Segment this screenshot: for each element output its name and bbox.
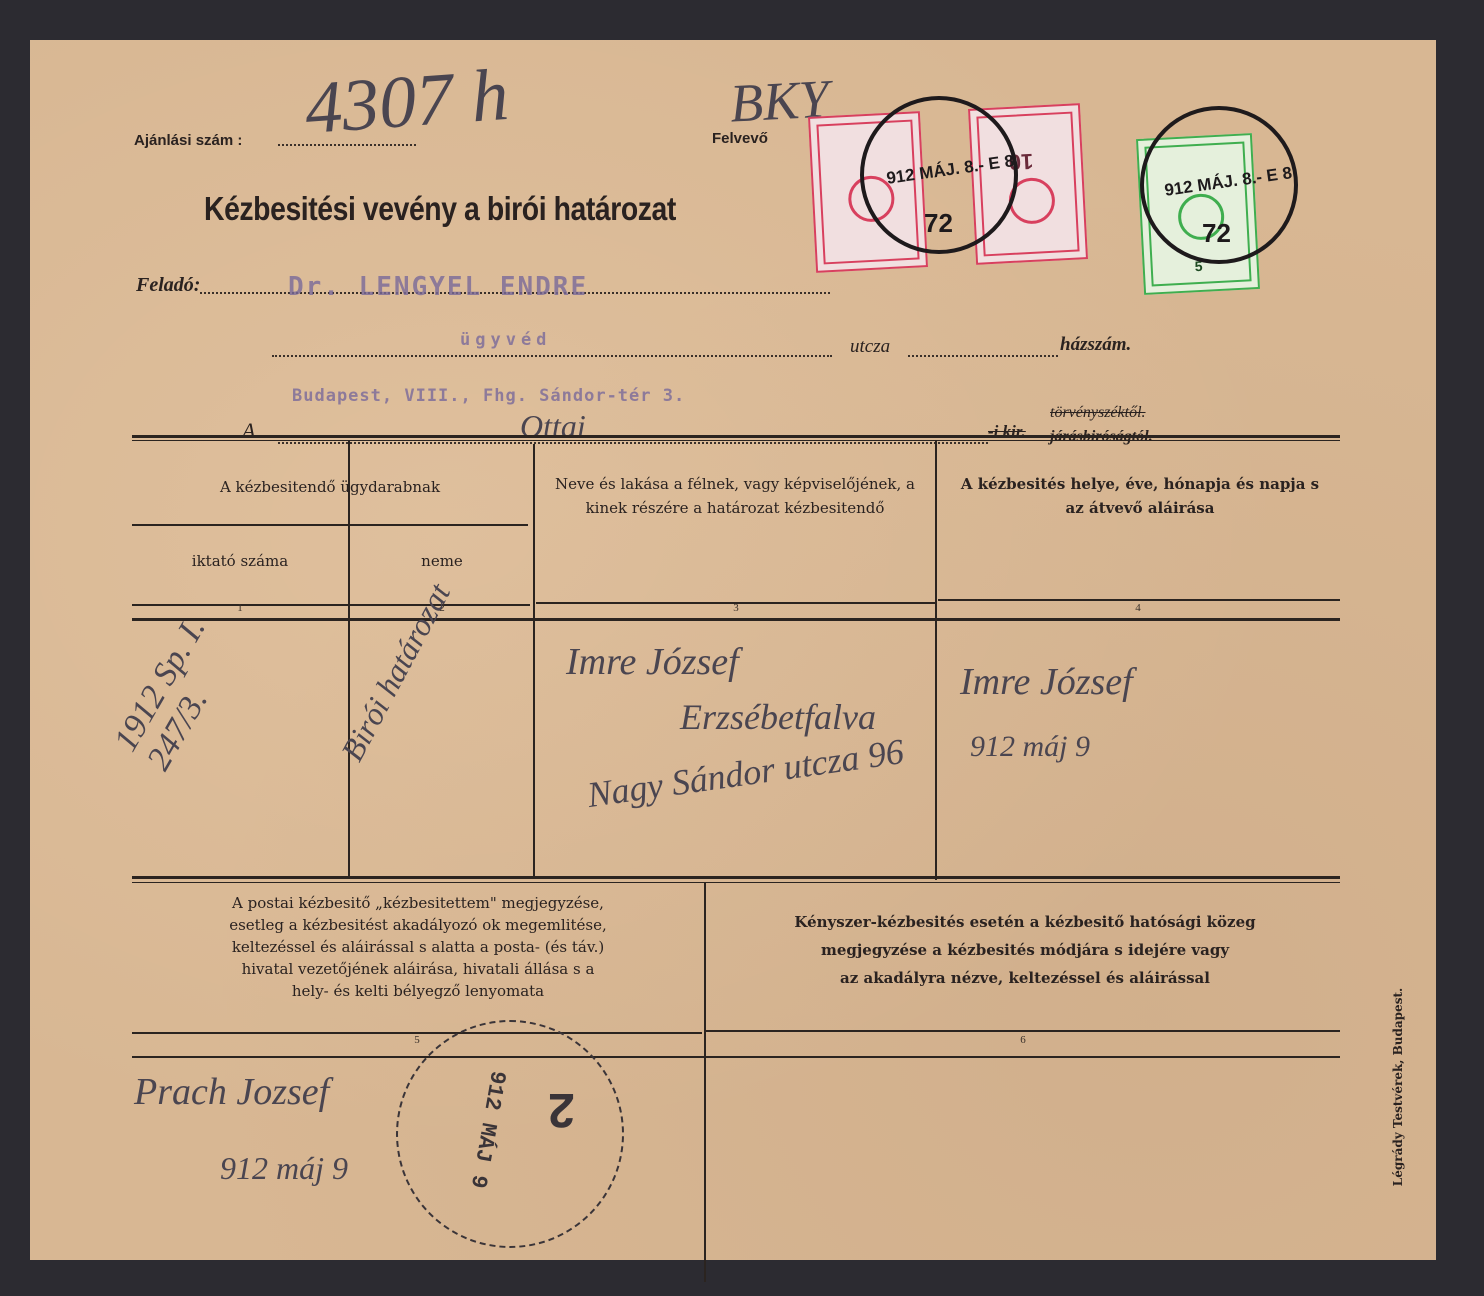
column-divider-1: [348, 440, 350, 878]
handwritten-delivery-date: 912 máj 9: [970, 730, 1090, 764]
forced-delivery-header: Kényszer-kézbesités esetén a kézbesitő h…: [720, 908, 1330, 992]
column-divider-3: [935, 440, 937, 880]
table-top-rule: [132, 435, 1340, 438]
street-label: utcza: [850, 336, 890, 358]
column-divider-2: [533, 444, 535, 876]
group-header: A kézbesitendő ügydarabnak: [132, 478, 528, 496]
postmark-budapest-1: 912 MÁJ. 8.- E 8 72: [860, 96, 1018, 254]
registration-number-label: Ajánlási szám :: [134, 132, 242, 149]
house-number-label: házszám.: [1060, 334, 1131, 356]
street-line: [908, 355, 1058, 357]
court-option-struck: törvényszéktől.: [1050, 404, 1146, 422]
col-header-nev: Neve és lakása a félnek, vagy képviselőj…: [550, 472, 920, 520]
handwritten-recipient-signature: Imre József: [960, 660, 1133, 704]
bottom-section-rule: [132, 1056, 1340, 1058]
col-header-neme: neme: [350, 552, 534, 570]
handwritten-iktato-szam: 1912 Sp. I. 247/3.: [107, 548, 283, 777]
handwritten-registration-number: 4307 h: [302, 53, 511, 152]
sender-title-stamp: ügyvéd: [460, 330, 551, 350]
clerk-label: Felvevő: [712, 130, 768, 147]
postal-note-header: A postai kézbesitő „kézbesitettem" megje…: [138, 892, 698, 1002]
sender-title-line: [272, 355, 832, 357]
handwritten-postman-date: 912 máj 9: [220, 1150, 348, 1187]
court-line: [278, 442, 988, 444]
sender-address-stamp: Budapest, VIII., Fhg. Sándor-tér 3.: [292, 386, 685, 406]
handwritten-party-address: Nagy Sándor utcza 96: [585, 730, 907, 816]
document-title: Kézbesitési vevény a birói határozat: [204, 190, 676, 228]
receipt-document: 4307 h BKY Ajánlási szám : Felvevő Kézbe…: [30, 40, 1436, 1260]
row-bottom-rule: [132, 876, 1340, 879]
printer-imprint: Légrády Testvérek, Budapest.: [1391, 957, 1405, 1217]
group-header-rule: [132, 524, 528, 526]
registration-number-line: [278, 144, 416, 146]
bottom-column-divider: [704, 882, 706, 1282]
sender-label: Feladó:: [136, 274, 200, 297]
handwritten-party-town: Erzsébetfalva: [680, 696, 876, 738]
sender-name-stamp: Dr. LENGYEL ENDRE: [288, 272, 588, 302]
header-bottom-rule: [132, 618, 1340, 621]
postmark-erzsebetfalva: 912 MÁJ 9 2: [396, 1020, 624, 1248]
kir-label: -i kir.: [988, 422, 1026, 442]
col-header-kezbesites: A kézbesités helye, éve, hónapja és napj…: [960, 472, 1320, 520]
postmark-budapest-2: 912 MÁJ. 8.- E 8 72: [1140, 106, 1298, 264]
handwritten-party-name: Imre József: [566, 640, 739, 684]
handwritten-postman-signature: Prach Jozsef: [134, 1070, 329, 1114]
